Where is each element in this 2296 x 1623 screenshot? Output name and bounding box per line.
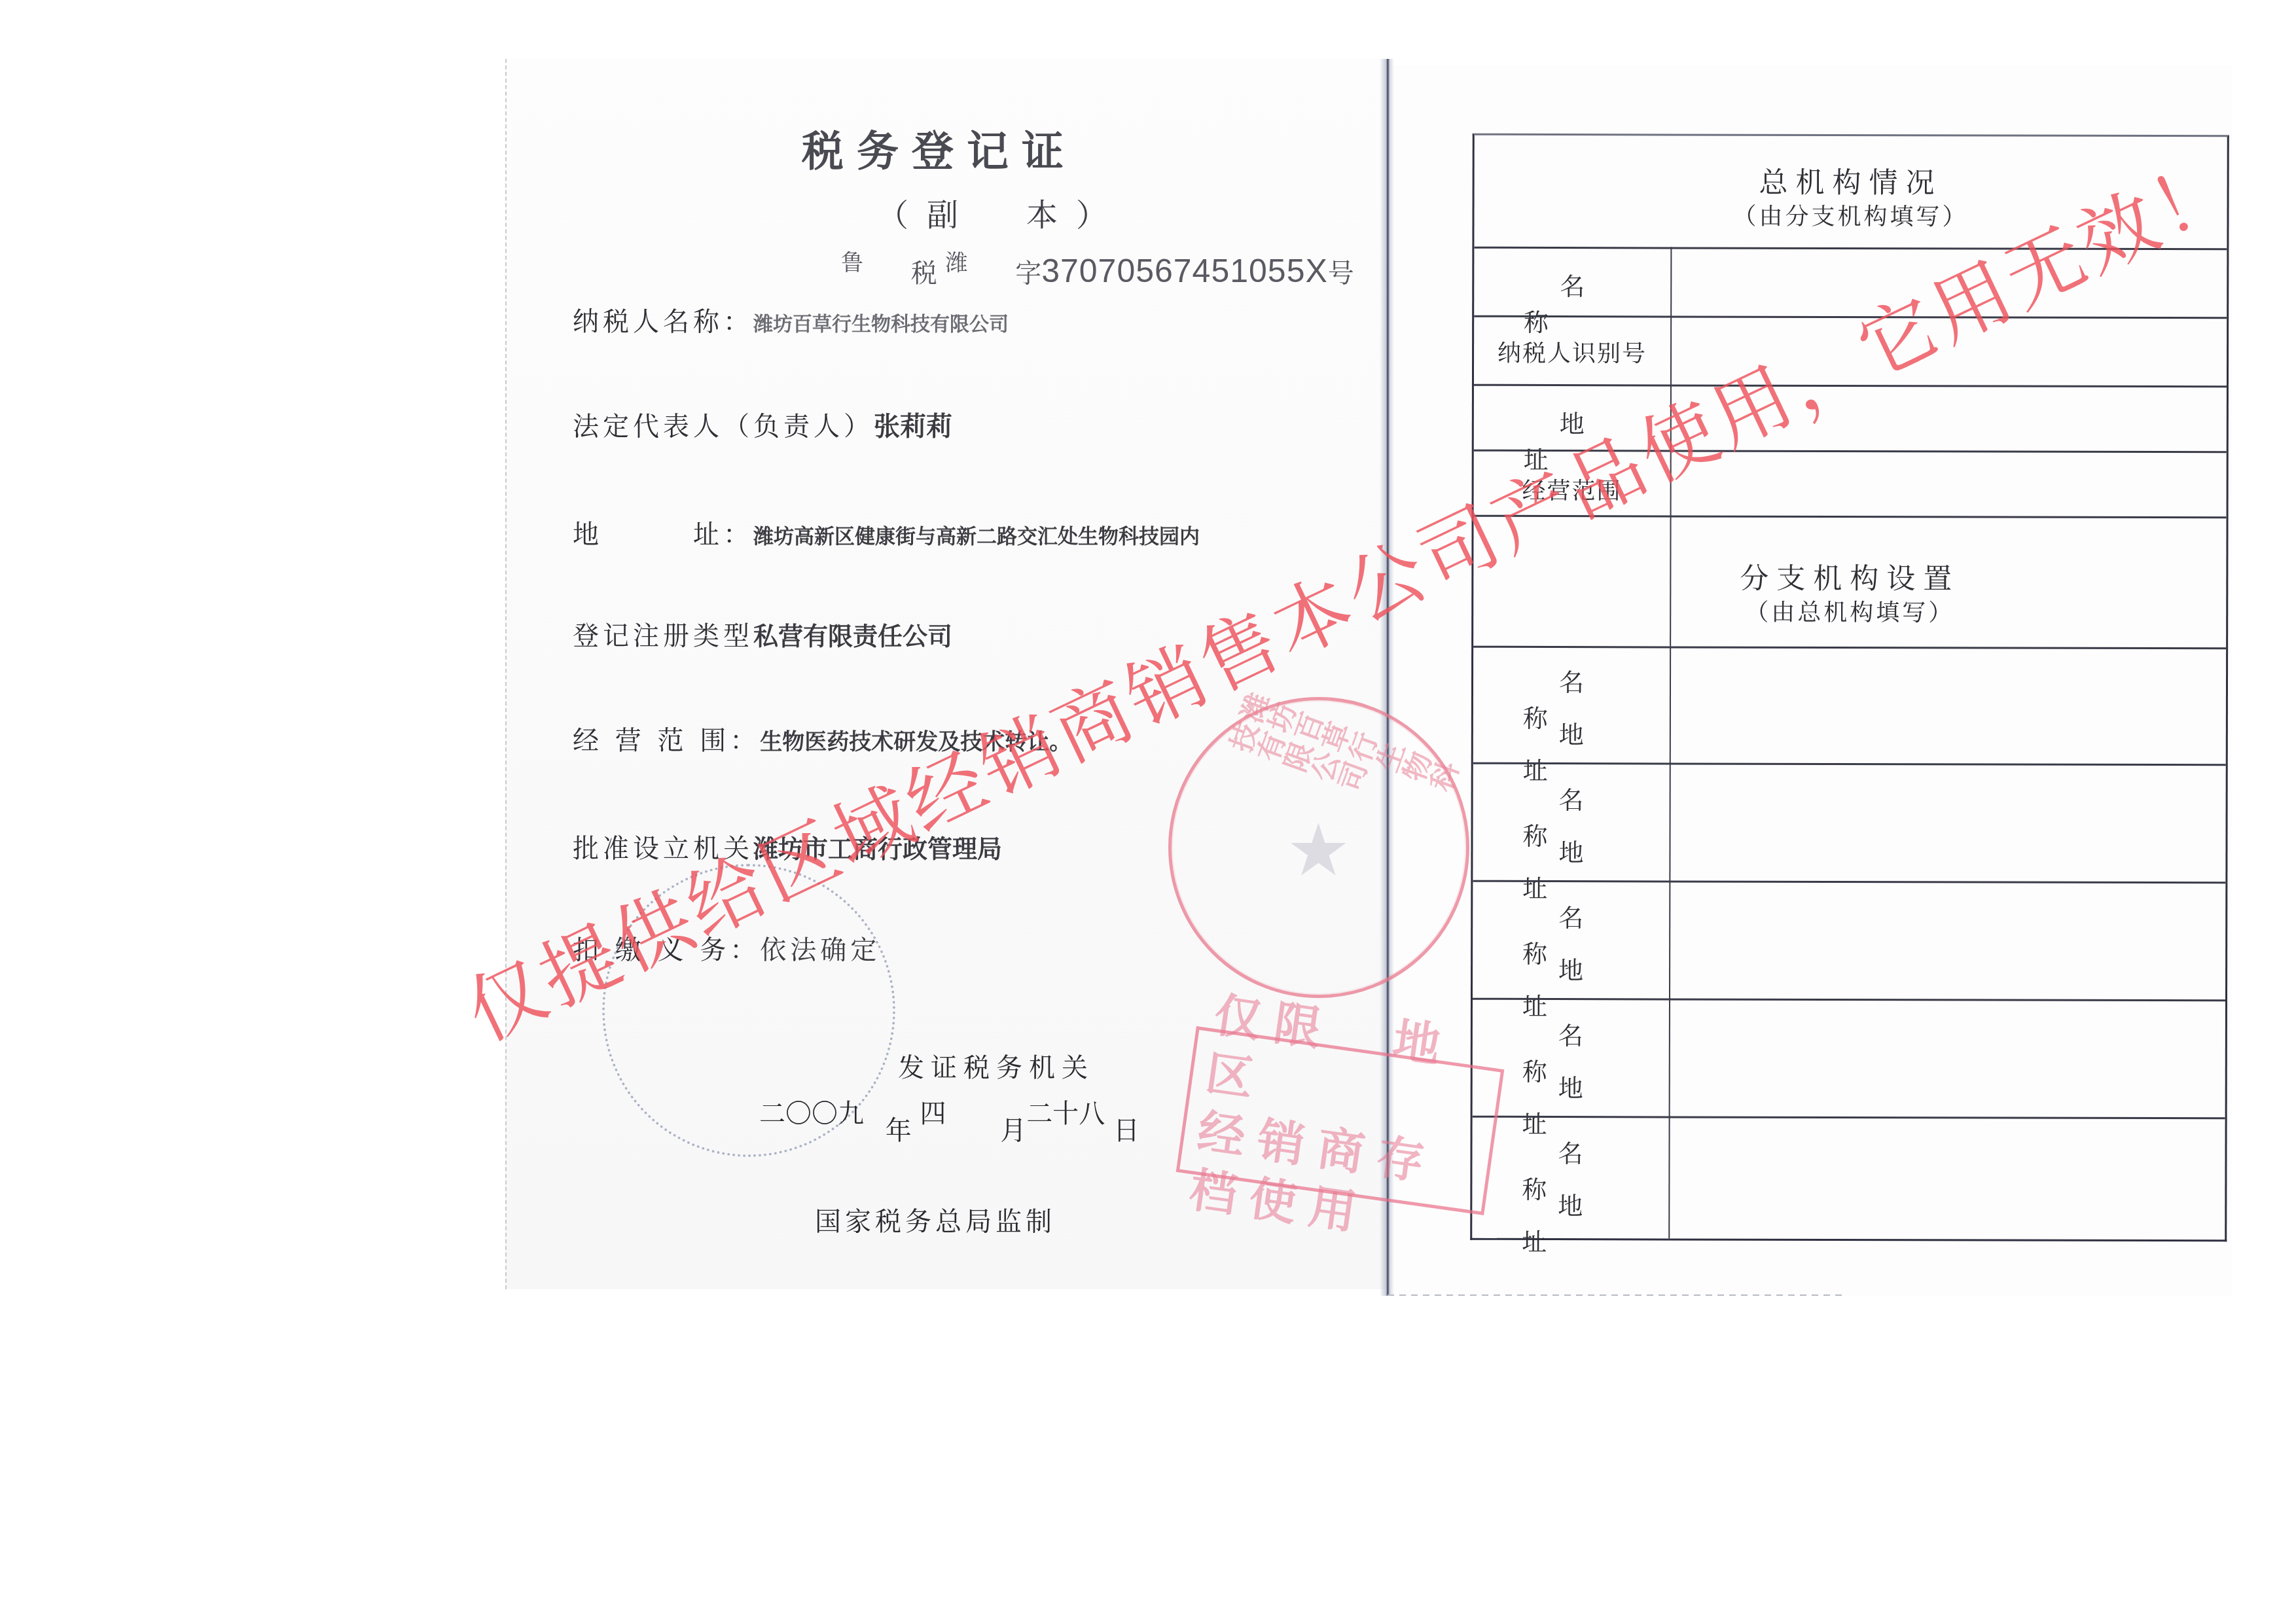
field-address: 地 址：潍坊高新区健康街与高新二路交汇处生物科技园内 (573, 514, 1200, 551)
issuing-tax-authority: 发证税务机关 (898, 1047, 1094, 1084)
field-label: 纳税人名称： (573, 307, 753, 337)
field-label: 经 营 范 围： (573, 726, 760, 756)
field-value: 张莉莉 (874, 412, 952, 441)
field-label: 法定代表人（负责人） (573, 412, 874, 442)
head-office-taxid-label: 纳税人识别号 (1474, 335, 1670, 369)
tax-registration-number: 鲁 税 潍 字37070567451055X号 (841, 252, 1354, 290)
field-legal-representative: 法定代表人（负责人）张莉莉 (573, 406, 952, 443)
branches-note: （由总机构填写） (1473, 594, 2226, 628)
company-seal: 潍坊百草行生物科技有限公司 ★ (1168, 697, 1469, 998)
issue-date: 二〇〇九 年 四 月二十八 日 (759, 1093, 1139, 1130)
field-taxpayer-name: 纳税人名称：潍坊百草行生物科技有限公司 (573, 301, 1009, 338)
head-office-name-label: 名 称 (1474, 266, 1670, 339)
branch-5-address-label: 地 址 (1472, 1186, 1668, 1258)
field-value: 私营有限责任公司 (753, 623, 952, 651)
document-subtitle: （副 本） (877, 190, 1126, 235)
tax-number-suffix: 号 (1328, 259, 1354, 289)
date-year: 二〇〇九 (759, 1093, 864, 1130)
tax-number-tax: 税 (911, 259, 937, 289)
tax-number-city: 潍 (945, 250, 967, 276)
seal-star-icon: ★ (1286, 808, 1351, 892)
branch-1-address-label: 地 址 (1473, 715, 1670, 787)
field-registration-type: 登记注册类型私营有限责任公司 (573, 615, 952, 652)
date-month-unit: 月 (1000, 1110, 1026, 1147)
supervised-by: 国家税务总局监制 (815, 1201, 1056, 1238)
tax-number-province: 鲁 (841, 250, 863, 276)
field-label: 登记注册类型 (573, 621, 753, 651)
tax-number-zi: 字 (1015, 259, 1041, 289)
date-month: 四 (920, 1093, 946, 1130)
field-value: 潍坊百草行生物科技有限公司 (753, 313, 1009, 335)
date-day: 二十八 (1026, 1093, 1105, 1130)
branch-3-address-label: 地 址 (1473, 950, 1669, 1023)
date-year-unit: 年 (886, 1110, 912, 1147)
date-day-unit: 日 (1113, 1110, 1139, 1147)
paper-bottom-edge (1388, 1294, 1846, 1296)
document-title: 税务登记证 (802, 118, 1077, 178)
field-value: 潍坊高新区健康街与高新二路交汇处生物科技园内 (753, 525, 1200, 548)
field-label: 地 址： (573, 520, 753, 550)
tax-number-value: 37070567451055X (1041, 253, 1328, 289)
branch-2-address-label: 地 址 (1473, 832, 1669, 905)
distributor-use-stamp: 仅限 地区 经销商存档使用 (1176, 1026, 1505, 1215)
branches-title: 分支机构设置 (1473, 554, 2226, 597)
